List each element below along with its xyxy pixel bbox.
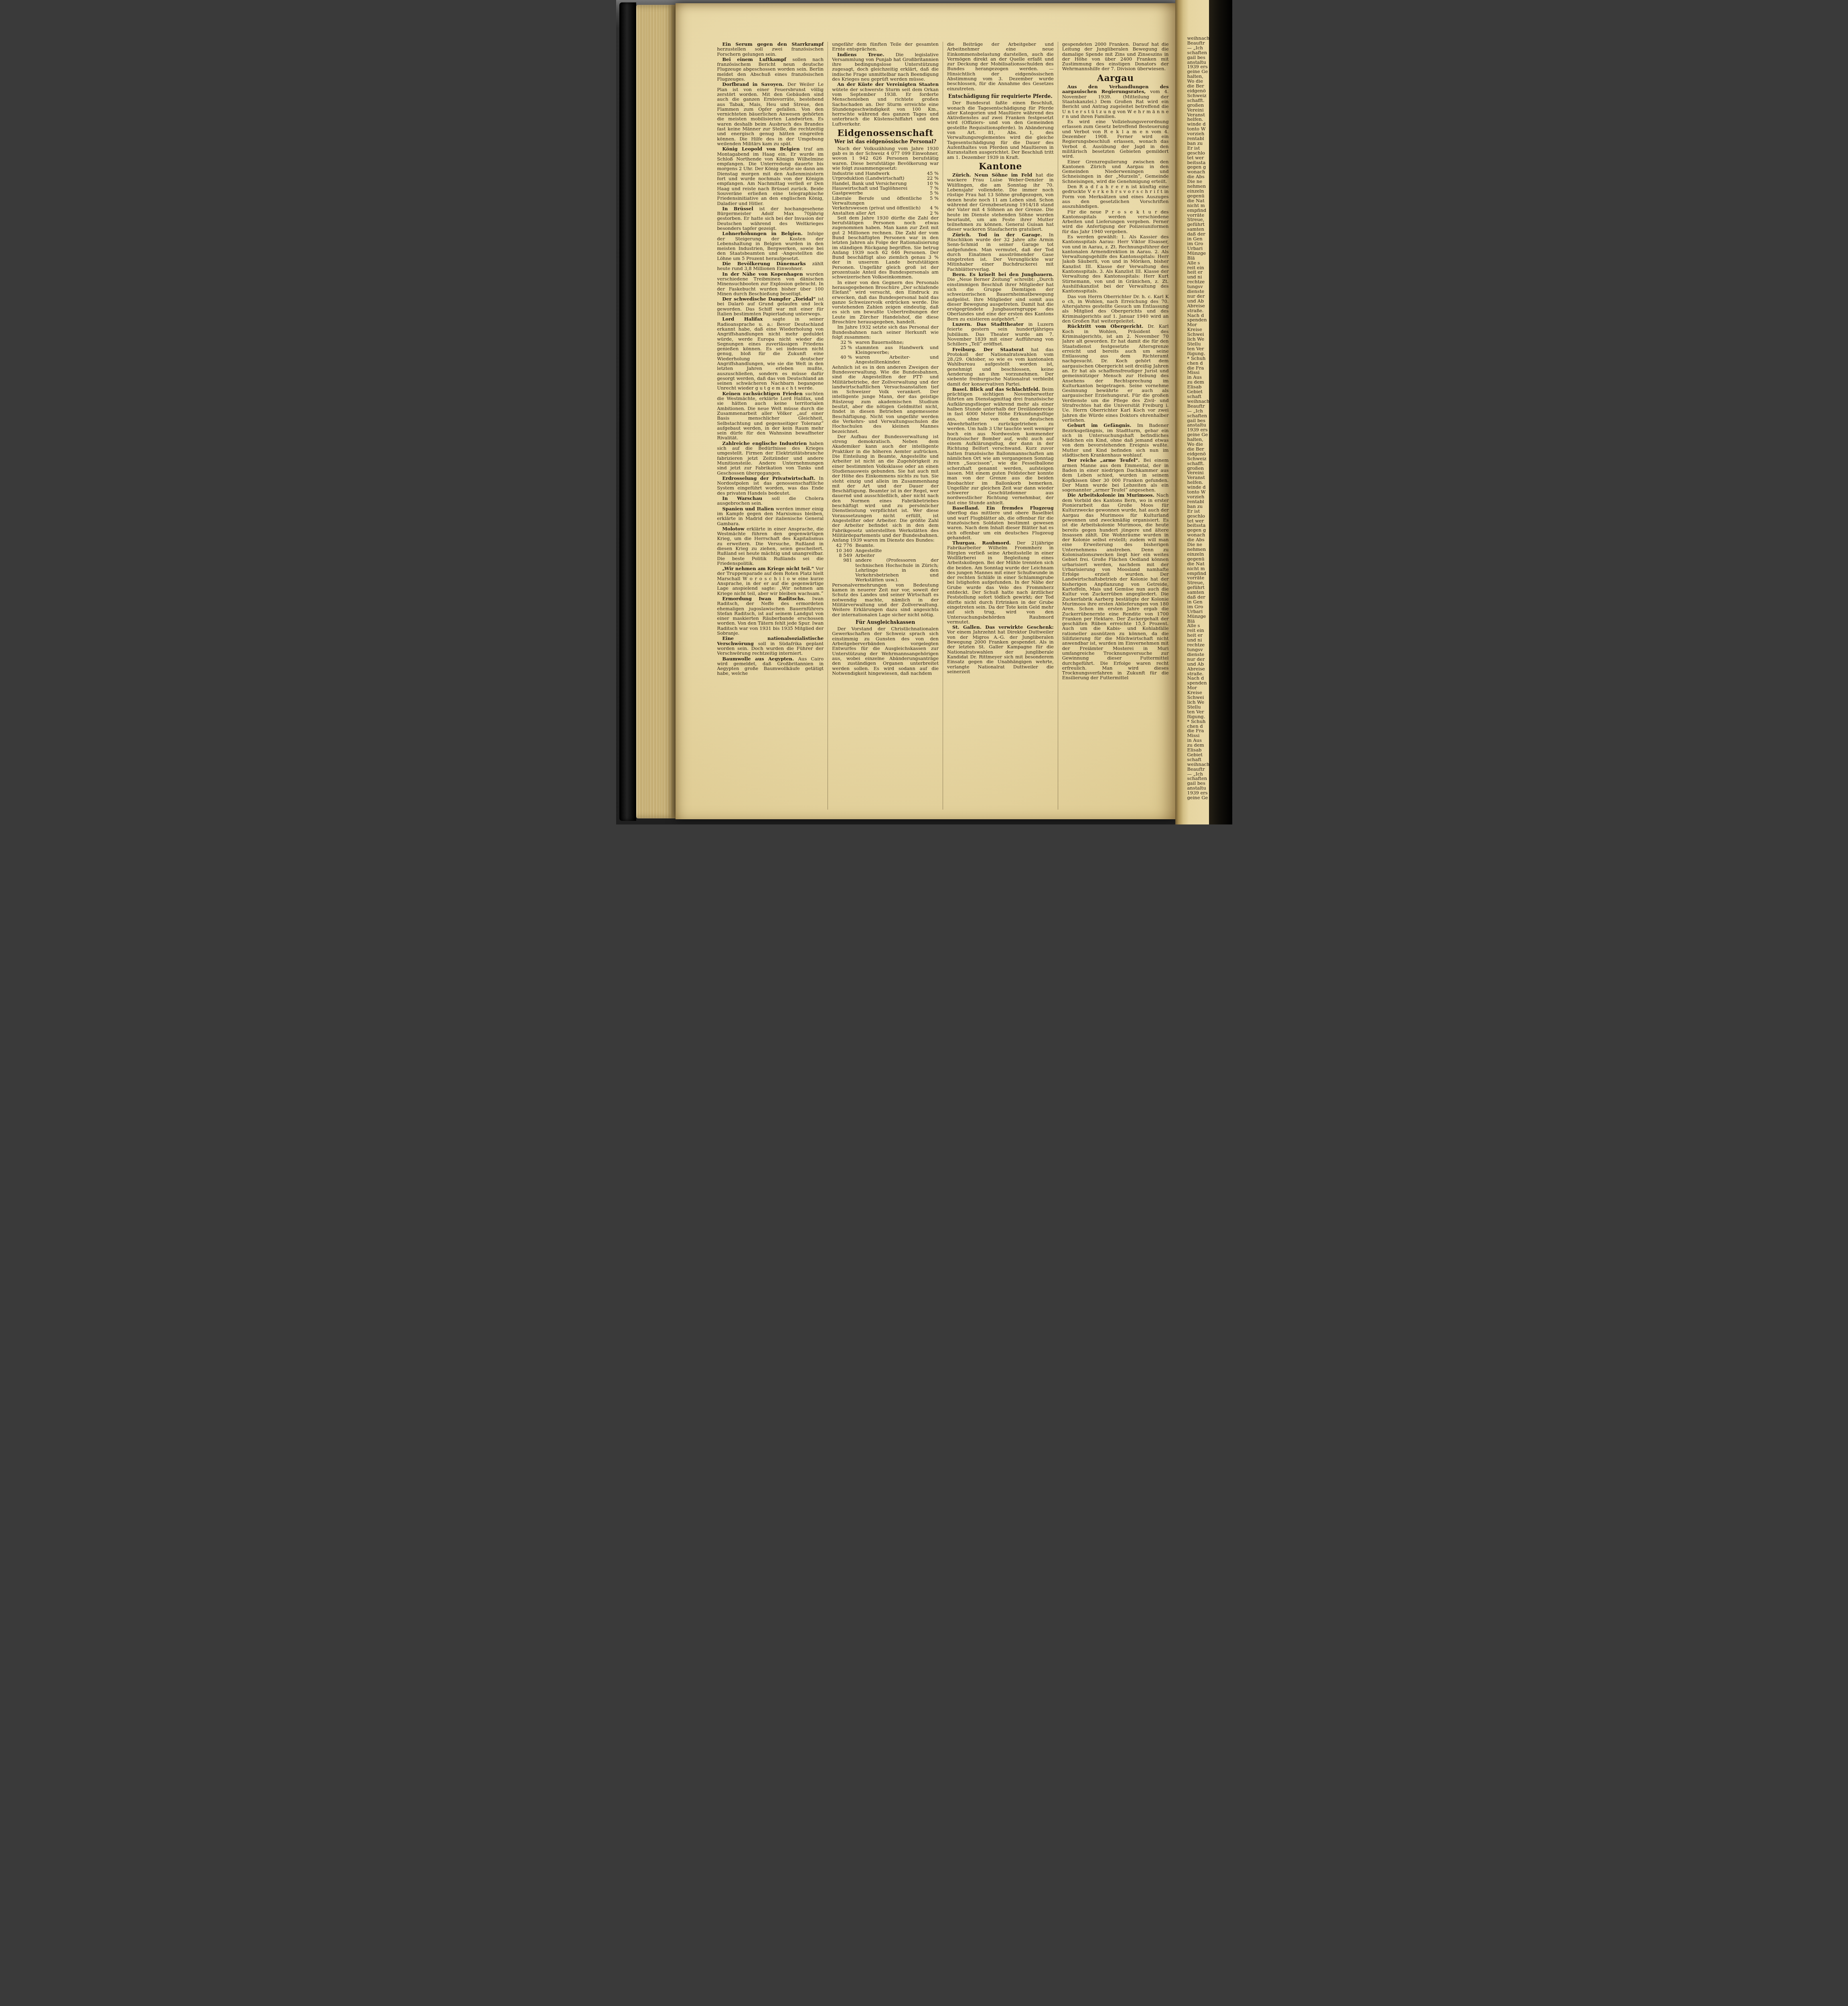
news-article: Baselland. Ein fremdes Flugzeug überflog…: [947, 506, 1054, 540]
figures-row: 42 776Beamte.: [832, 543, 939, 548]
news-article: Der reiche „arme Teufel“. Bei einem arme…: [1062, 458, 1169, 492]
news-article: St. Gallen. Das verwirkte Geschenk: Vor …: [947, 625, 1054, 674]
news-article: Lord Halifax sagte in seiner Radioanspra…: [717, 317, 824, 390]
news-article: Lohnerhöhungen in Belgien. Infolge der S…: [717, 231, 824, 261]
news-article: Das von Herrn Oberrichter Dr. h. c. Karl…: [1062, 294, 1169, 324]
figures-list: 42 776Beamte.10 340Angestellte8 549Arbei…: [832, 543, 939, 582]
article-lead: Basel. Blick auf das Schlachtfeld.: [952, 386, 1042, 392]
news-article: Luzern. Das Stadttheater in Luzern feier…: [947, 322, 1054, 346]
news-article: Der schwedische Dampfer „Toridal“ ist be…: [717, 296, 824, 316]
article-lead: An der Küste der Vereinigten Staaten: [837, 81, 939, 87]
news-article: Der Aufbau der Bundesverwaltung ist stre…: [832, 434, 939, 543]
news-article: Im Jahre 1932 setzte sich das Personal d…: [832, 325, 939, 339]
news-article: König Leopold von Belgien traf am Montag…: [717, 146, 824, 206]
news-article: Zahlreiche englische Industrien haben si…: [717, 441, 824, 475]
news-article: Zürich. Neun Söhne im Feld hat die wacke…: [947, 173, 1054, 232]
article-lead: Erdrosselung der Privatwirtschaft.: [722, 475, 819, 481]
news-article: Dorfbrand in Savoyen. Der Weiler Le Plan…: [717, 82, 824, 146]
news-article: Indiens Treue. Die legislative Versammlu…: [832, 52, 939, 82]
news-article: Der Vorstand der Christlichnationalen Ge…: [832, 626, 939, 676]
article-lead: Spanien und Italien: [722, 506, 776, 512]
figures-row: 981andere (Professoren der technischen H…: [832, 558, 939, 582]
news-article: ungefähr dem fünften Teile der gesamten …: [832, 42, 939, 52]
news-article: Ermordung Iwan Raditschs. Iwan Raditsch,…: [717, 596, 824, 636]
news-article: Freiburg. Der Staatsrat hat das Protokol…: [947, 347, 1054, 386]
article-lead: Lohnerhöhungen in Belgien.: [722, 231, 807, 236]
article-lead: Die Arbeitskolonie im Murimoos.: [1067, 492, 1156, 498]
text-column-2: ungefähr dem fünften Teile der gesamten …: [832, 42, 943, 810]
news-article: Keinen rachsüchtigen Frieden suchten die…: [717, 391, 824, 441]
article-lead: König Leopold von Belgien: [722, 146, 804, 152]
news-article: Bei einem Luftkampf sollen nach französi…: [717, 57, 824, 81]
statistics-row: Urproduktion (Landwirtschaft)22 %: [832, 176, 939, 181]
article-lead: St. Gallen. Das verwirkte Geschenk:: [952, 624, 1054, 630]
news-article: Die Arbeitskolonie im Murimoos. Nach dem…: [1062, 493, 1169, 680]
book-spine-cover: [619, 2, 636, 821]
newspaper-page: Ein Serum gegen den Starrkrampf herzuste…: [676, 3, 1175, 819]
statistics-row: Verkehrswesen (privat und öffentlich)4 %: [832, 205, 939, 210]
article-lead: In Brüssel: [722, 206, 759, 211]
article-lead: In der Nähe von Kopenhagen: [722, 271, 806, 277]
article-lead: Dorfbrand in Savoyen.: [722, 81, 787, 87]
news-article: Aus den Verhandlungen des aargauischen R…: [1062, 84, 1169, 119]
article-lead: Bei einem Luftkampf: [722, 57, 793, 62]
article-lead: Der schwedische Dampfer „Toridal“: [722, 296, 818, 302]
statistics-row: Anstalten aller Art2 %: [832, 211, 939, 215]
photographed-newspaper-volume: Ein Serum gegen den Starrkrampf herzuste…: [616, 0, 1232, 824]
news-article: Für die neue P r o s e k t u r des Kanto…: [1062, 209, 1169, 234]
article-lead: Ermordung Iwan Raditschs.: [722, 596, 812, 601]
news-article: die Beiträge der Arbeitgeber und Arbeitn…: [947, 42, 1054, 91]
news-article: Die Bevölkerung Dänemarks zählt heute ru…: [717, 261, 824, 271]
news-article: An der Küste der Vereinigten Staaten wüt…: [832, 82, 939, 126]
page-content: Ein Serum gegen den Starrkrampf herzuste…: [717, 42, 1169, 810]
figures-row: 40 %waren Arbeiter- und Angestelltenkind…: [832, 355, 939, 365]
article-lead: Eine nationalsozialistische Verschwörung: [717, 636, 824, 646]
article-lead: Baselland. Ein fremdes Flugzeug: [952, 505, 1054, 511]
news-article: Den R a d f a h r e r n ist künftig eine…: [1062, 184, 1169, 209]
article-lead: Baumwolle aus Aegypten.: [722, 656, 798, 662]
news-article: Nach der Volkszählung vom Jahre 1930 gab…: [832, 146, 939, 171]
news-article: Es wird eine Vollziehungsverordnung erla…: [1062, 119, 1169, 158]
news-article: „Wir nehmen am Kriege nicht teil.“ Vor d…: [717, 566, 824, 596]
article-subheading: Für Ausgleichskassen: [832, 620, 939, 625]
figures-row: 32 %waren Bauernsöhne;: [832, 340, 939, 345]
news-article: Rücktritt vom Obergericht. Dr. Karl Koch…: [1062, 324, 1169, 422]
page-edge-stack: [636, 5, 676, 818]
news-article: Spanien und Italien werden immer einig i…: [717, 506, 824, 526]
news-article: Personalvermehrungen von Bedeutung kamen…: [832, 583, 939, 617]
text-column-3: die Beiträge der Arbeitgeber und Arbeitn…: [947, 42, 1058, 810]
article-lead: Molotow: [722, 526, 747, 532]
news-article: Thurgau. Raubmord. Der 21jährige Fabrika…: [947, 540, 1054, 624]
article-lead: Zahlreiche englische Industrien: [722, 441, 809, 446]
news-article: In Warschau soll die Cholera ausgebroche…: [717, 496, 824, 506]
news-article: Der Bundesrat faßte einen Beschluß, wona…: [947, 100, 1054, 160]
news-article: Aehnlich ist es in den anderen Zweigen d…: [832, 365, 939, 434]
news-article: In der Nähe von Kopenhagen wurden versch…: [717, 272, 824, 296]
text-column-4: gespendeten 2000 Franken. Darauf hat die…: [1062, 42, 1169, 810]
photo-right-edge: [1209, 0, 1232, 824]
statistics-row: Liberale Berufe und öffentliche Verwaltu…: [832, 196, 939, 206]
news-article: Einer Grenzregulierung zwischen den Kant…: [1062, 159, 1169, 184]
text-column-1: Ein Serum gegen den Starrkrampf herzuste…: [717, 42, 828, 810]
cut-text-line: geine Ge: [1187, 796, 1209, 800]
article-lead: Keinen rachsüchtigen Frieden: [722, 391, 805, 396]
section-heading: Aargau: [1062, 76, 1169, 81]
news-article: Ein Serum gegen den Starrkrampf herzuste…: [717, 42, 824, 57]
figures-row: 25 %stammten aus Handwerk und Kleingewer…: [832, 345, 939, 355]
news-article: Seit dem Jahre 1930 dürfte die Zahl der …: [832, 215, 939, 280]
news-article: Molotow erklärte in einer Ansprache, die…: [717, 526, 824, 566]
article-lead: Bern. Es kriselt bei den Jungbauern.: [952, 272, 1054, 277]
article-lead: Rücktritt vom Obergericht.: [1067, 323, 1148, 329]
statistics-table: Industrie und Handwerk45 %Urproduktion (…: [832, 171, 939, 215]
news-article: Erdrosselung der Privatwirtschaft. In No…: [717, 476, 824, 495]
article-subheading: Wer ist das eidgenössische Personal?: [832, 139, 939, 144]
news-article: Baumwolle aus Aegypten. Aus Cairo wird g…: [717, 656, 824, 676]
article-lead: Freiburg. Der Staatsrat: [952, 347, 1031, 352]
article-lead: Luzern. Das Stadttheater: [952, 321, 1028, 327]
news-article: Eine nationalsozialistische Verschwörung…: [717, 636, 824, 656]
section-heading: Kantone: [947, 164, 1054, 169]
news-article: In Brüssel ist der hochangesehene Bürger…: [717, 206, 824, 231]
article-lead: Lord Halifax: [722, 316, 773, 322]
news-article: Geburt im Gefängnis. Im Badener Bezirksg…: [1062, 423, 1169, 457]
news-article: Es werden gewählt: 1. Als Kassier des Ka…: [1062, 234, 1169, 294]
news-article: In einer von den Gegnern des Personals h…: [832, 280, 939, 325]
figures-list: 32 %waren Bauernsöhne;25 %stammten aus H…: [832, 340, 939, 364]
article-lead: Zürich. Neun Söhne im Feld: [952, 172, 1036, 178]
article-lead: Zürich. Tod in der Garage.: [952, 232, 1049, 238]
article-subheading: Entschädigung für requirierte Pferde.: [947, 94, 1054, 99]
article-lead: „Wir nehmen am Kriege nicht teil.“: [722, 566, 816, 571]
article-lead: Ein Serum gegen den Starrkrampf: [722, 42, 824, 47]
news-article: Zürich. Tod in der Garage. In Rüschlikon…: [947, 232, 1054, 272]
article-lead: Indiens Treue.: [837, 52, 896, 57]
next-page-text: weihnachBeauftr— „Ichschaftengail besans…: [1187, 36, 1209, 800]
article-lead: In Warschau: [722, 495, 772, 501]
section-heading: Eidgenossenschaft: [832, 131, 939, 136]
news-article: Bern. Es kriselt bei den Jungbauern. Die…: [947, 272, 1054, 321]
article-lead: Der reiche „arme Teufel“.: [1067, 457, 1144, 463]
news-article: Basel. Blick auf das Schlachtfeld. Beim …: [947, 387, 1054, 505]
article-lead: Aus den Verhandlungen des aargauischen R…: [1062, 84, 1169, 94]
news-article: gespendeten 2000 Franken. Darauf hat die…: [1062, 42, 1169, 71]
article-lead: Geburt im Gefängnis.: [1067, 422, 1137, 428]
article-lead: Die Bevölkerung Dänemarks: [722, 261, 812, 266]
next-page-sliver: weihnachBeauftr— „Ichschaftengail besans…: [1175, 0, 1209, 824]
article-lead: Thurgau. Raubmord.: [952, 540, 1017, 546]
statistics-row: Gastgewerbe5 %: [832, 191, 939, 195]
